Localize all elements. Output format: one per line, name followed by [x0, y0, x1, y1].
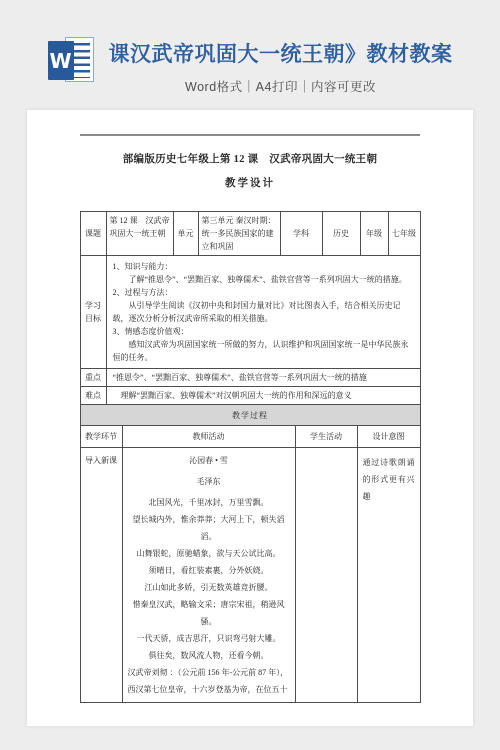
word-icon-letter: W — [48, 41, 74, 80]
poem-line: 江山如此多娇，引无数英雄竞折腰。 — [128, 579, 290, 596]
goals-label: 学习目标 — [80, 256, 106, 369]
poem-line: 山舞银蛇，原驰蜡象，欲与天公试比高。 — [128, 545, 290, 562]
unit-value: 第三单元 秦汉时期：统一多民族国家的建立和巩固 — [198, 212, 280, 256]
listing-subtitle: Word格式｜A4打印｜内容可更改 — [185, 77, 376, 95]
subject-value: 历史 — [322, 212, 360, 256]
teacher-activity-cell: 沁园春 • 雪 毛泽东 北国风光，千里冰封，万里雪飘。 望长城内外，惟余莽莽；大… — [122, 448, 295, 703]
goals-cell: 1、知识与能力： 了解“推恩令”、“罢黜百家、独尊儒术”、盐铁官营等一系列巩固大… — [106, 256, 420, 369]
process-title-bar: 教学过程 — [80, 405, 420, 426]
word-file-icon: W — [48, 36, 96, 84]
goals-row: 学习目标 1、知识与能力： 了解“推恩令”、“罢黜百家、独尊儒术”、盐铁官营等一… — [80, 256, 420, 369]
bio-text: 汉武帝刘彻 ：（公元前 156 年-公元前 87 年），西汉第七位皇帝，十六岁登… — [128, 664, 290, 698]
goals-item: 感知汉武帝为巩固国家统一所做的努力，认识维护和巩固国家统一是中华民族永恒的任务。 — [113, 338, 414, 364]
poem-line: 一代天骄，成吉思汗，只识弯弓射大雕。 — [128, 630, 290, 647]
doc-heading: 部编版历史七年级上第 12 课 汉武帝巩固大一统王朝 — [27, 151, 473, 166]
process-content-row: 导入新课 沁园春 • 雪 毛泽东 北国风光，千里冰封，万里雪飘。 望长城内外，惟… — [80, 448, 420, 703]
listing-title: 课汉武帝巩固大一统王朝》教材教案 — [109, 38, 453, 68]
lesson-info-table: 课题 第 12 课 汉武帝巩固大一统王朝 单元 第三单元 秦汉时期：统一多民族国… — [80, 211, 421, 405]
process-header-row: 教学环节 教师活动 学生活动 设计意图 — [80, 426, 420, 448]
design-intent-cell: 通过诗歌朗诵的形式更有兴趣 — [357, 448, 420, 703]
col-header-stage: 教学环节 — [80, 426, 122, 448]
process-title: 教学过程 — [80, 405, 420, 426]
key-point-label: 重点 — [80, 369, 106, 387]
grade-value: 七年级 — [388, 212, 420, 256]
document-page: 部编版历史七年级上第 12 课 汉武帝巩固大一统王朝 教学设计 课题 第 12 … — [27, 110, 473, 726]
goals-item: 2、过程与方法： — [113, 286, 414, 299]
listing-header: W 课汉武帝巩固大一统王朝》教材教案 Word格式｜A4打印｜内容可更改 — [0, 0, 500, 95]
poem-line: 望长城内外，惟余莽莽；大河上下，顿失滔滔。 — [128, 511, 290, 545]
col-header-intent: 设计意图 — [357, 426, 420, 448]
subject-label: 学科 — [280, 212, 322, 256]
grade-label: 年级 — [360, 212, 388, 256]
info-row: 课题 第 12 课 汉武帝巩固大一统王朝 单元 第三单元 秦汉时期：统一多民族国… — [80, 212, 420, 256]
unit-label: 单元 — [173, 212, 198, 256]
goals-item: 1、知识与能力： — [113, 260, 414, 273]
poem-line: 沁园春 • 雪 — [128, 452, 290, 469]
poem-line: 毛泽东 — [128, 473, 290, 490]
goals-item: 了解“推恩令”、“罢黜百家、独尊儒术”、盐铁官营等一系列巩固大一统的措施。 — [113, 273, 414, 286]
poem-line: 俱往矣，数风流人物，还看今朝。 — [128, 647, 290, 664]
col-header-teacher: 教师活动 — [122, 426, 295, 448]
difficulty-row: 难点 理解“罢黜百家、独尊儒术”对汉朝巩固大一统的作用和深远的意义 — [80, 387, 420, 405]
key-point-text: “推恩令”、“罢黜百家、独尊儒术”、盐铁官营等一系列巩固大一统的措施 — [106, 369, 420, 387]
doc-subheading: 教学设计 — [27, 175, 473, 190]
divider-rule — [80, 134, 420, 136]
difficulty-text: 理解“罢黜百家、独尊儒术”对汉朝巩固大一统的作用和深远的意义 — [106, 387, 420, 405]
teaching-process-table: 教学过程 教学环节 教师活动 学生活动 设计意图 导入新课 沁园春 • 雪 毛泽… — [80, 404, 421, 703]
goals-item: 3、情感态度价值观： — [113, 325, 414, 338]
topic-label: 课题 — [80, 212, 106, 256]
topic-value: 第 12 课 汉武帝巩固大一统王朝 — [106, 212, 173, 256]
difficulty-label: 难点 — [80, 387, 106, 405]
stage-cell: 导入新课 — [80, 448, 122, 703]
goals-item: 从引导学生阅读《汉初中央和封国力量对比》对比图表入手，结合相关历史记载，逐次分析… — [113, 299, 414, 325]
poem-line: 北国风光，千里冰封，万里雪飘。 — [128, 494, 290, 511]
key-point-row: 重点 “推恩令”、“罢黜百家、独尊儒术”、盐铁官营等一系列巩固大一统的措施 — [80, 369, 420, 387]
student-activity-cell — [295, 448, 357, 703]
poem-line: 惜秦皇汉武，略输文采；唐宗宋祖，稍逊风骚。 — [128, 596, 290, 630]
poem-line: 须晴日，看红装素裹，分外妖娆。 — [128, 562, 290, 579]
col-header-student: 学生活动 — [295, 426, 357, 448]
listing-header-text: 课汉武帝巩固大一统王朝》教材教案 Word格式｜A4打印｜内容可更改 — [109, 36, 453, 95]
